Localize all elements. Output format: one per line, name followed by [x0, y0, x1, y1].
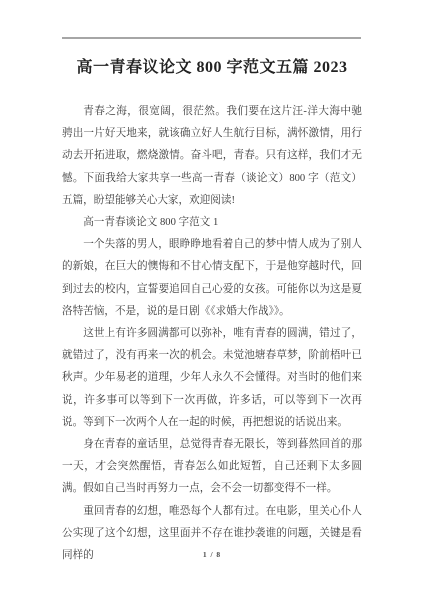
page-number: 1 / 8	[0, 550, 424, 559]
document-body: 青春之海，很宽阔，很茫然。我们要在这片汪-洋大海中驰骋出一片好天地来，就该确立好…	[0, 81, 424, 567]
header-rule	[62, 37, 361, 39]
document-page: 高一青春议论文 800 字范文五篇 2023 青春之海，很宽阔，很茫然。我们要在…	[0, 0, 424, 600]
document-title: 高一青春议论文 800 字范文五篇 2023	[0, 0, 424, 81]
section-heading: 高一青春谈论文 800 字范文 1	[62, 212, 362, 234]
paragraph: 一个失落的男人，眼睁睁地看着自己的梦中情人成为了别人的新娘，在巨大的懊悔和不甘心…	[62, 234, 362, 323]
paragraph: 身在青春的童话里，总觉得青春无限长，等到暮然回首的那一天，才会突然醒悟，青春怎么…	[62, 434, 362, 501]
paragraph: 这世上有许多圆满都可以弥补，唯有青春的圆满，错过了，就错过了，没有再来一次的机会…	[62, 323, 362, 434]
paragraph-intro: 青春之海，很宽阔，很茫然。我们要在这片汪-洋大海中驰骋出一片好天地来，就该确立好…	[62, 101, 362, 212]
